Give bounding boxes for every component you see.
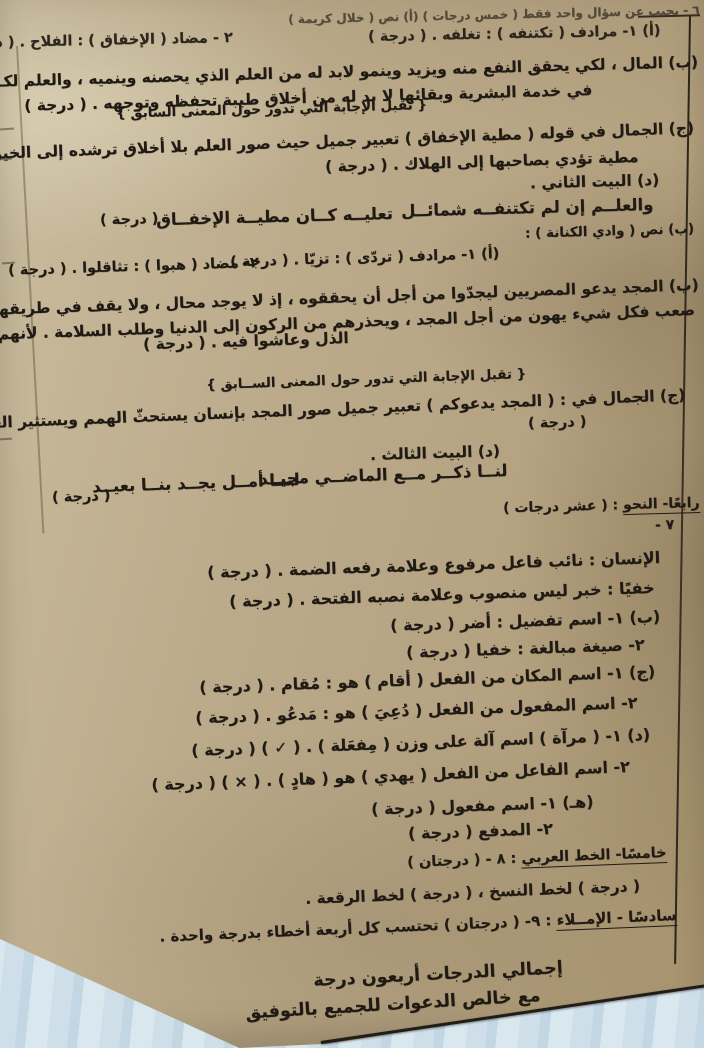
text1-verse-mark: ( درجة ) bbox=[99, 211, 158, 229]
text1-answer-d: (د) البيت الثاني . bbox=[530, 171, 660, 192]
grammar-title-underlined: رابعًا- النحو bbox=[623, 495, 700, 515]
scanned-answer-sheet-photo: { "sheet": { "header_note": "٦ - يجيب عن… bbox=[0, 0, 704, 1048]
grammar-item-number: ٧ - bbox=[655, 517, 675, 534]
grammar-title-marks: : ( عشر درجات ) bbox=[503, 497, 623, 516]
text2-verse-mark: ( درجة ) bbox=[51, 488, 110, 506]
text2-answer-c-mark: ( درجة ) bbox=[527, 414, 586, 432]
